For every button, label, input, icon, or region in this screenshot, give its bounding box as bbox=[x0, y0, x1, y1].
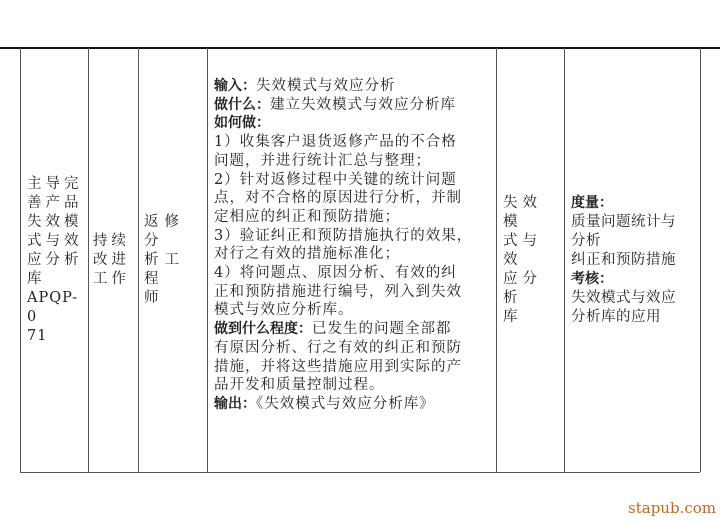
input-value: 失效模式与效应分析 bbox=[256, 78, 396, 94]
cell-metrics: 度量： 质量问题统计与 分析 纠正和预防措施 考核： 失效模式与效应 分析库的应… bbox=[565, 48, 701, 472]
step-line: 4）将问题点、原因分析、有效的纠 bbox=[214, 264, 472, 283]
step-line: 点，对不合格的原因进行分析，并制 bbox=[214, 189, 472, 208]
degree-line: 有原因分析、行之有效的纠正和预防 bbox=[214, 339, 472, 358]
step-line: 1）收集客户退货返修产品的不合格 bbox=[214, 133, 472, 152]
degree-line: 品开发和质量控制过程。 bbox=[214, 376, 472, 395]
cell-line: 善产品 bbox=[27, 194, 85, 213]
input-row: 输入：失效模式与效应分析 bbox=[214, 77, 472, 96]
cell-line: 主导完 bbox=[27, 175, 85, 194]
step-line: 定相应的纠正和预防措施； bbox=[214, 208, 472, 227]
responsibility-table: 主导完 善产品 失效模 式与效 应分析 库 APQP-0 71 持续 改进 工作… bbox=[20, 48, 700, 473]
output-label: 输出： bbox=[214, 396, 256, 412]
cell-description: 输入：失效模式与效应分析 做什么：建立失效模式与效应分析库 如何做： 1）收集客… bbox=[208, 48, 497, 472]
cell-role: 返修分 析工程 师 bbox=[139, 48, 208, 472]
cell-line: 工作 bbox=[93, 270, 130, 289]
what-value: 建立失效模式与效应分析库 bbox=[270, 97, 456, 113]
what-label: 做什么： bbox=[214, 97, 270, 113]
how-label: 如何做： bbox=[214, 115, 270, 131]
measure-line: 分析 bbox=[571, 232, 676, 251]
step-line: 对行之有效的措施标准化； bbox=[214, 245, 472, 264]
step-line: 2）针对返修过程中关键的统计问题 bbox=[214, 171, 472, 190]
cell-responsibility: 主导完 善产品 失效模 式与效 应分析 库 APQP-0 71 bbox=[21, 48, 89, 472]
cell-line: 应分析 bbox=[27, 251, 85, 270]
degree-value: 已发生的问题全部都 bbox=[312, 321, 452, 337]
cell-line: 式与效 bbox=[503, 232, 561, 270]
cell-line: 应分析 bbox=[503, 270, 561, 308]
degree-label: 做到什么程度： bbox=[214, 321, 312, 337]
measure-label: 度量： bbox=[571, 194, 676, 213]
cell-line: 71 bbox=[27, 327, 85, 346]
cell-line: 持续 bbox=[93, 232, 130, 251]
assess-label: 考核： bbox=[571, 270, 676, 289]
cell-work-type: 持续 改进 工作 bbox=[89, 48, 139, 472]
how-row: 如何做： bbox=[214, 114, 472, 133]
output-row: 输出：《失效模式与效应分析库》 bbox=[214, 395, 472, 414]
assess-line: 分析库的应用 bbox=[571, 308, 676, 327]
cell-line: 师 bbox=[144, 289, 204, 308]
degree-line: 措施，并将这些措施应用到实际的产 bbox=[214, 358, 472, 377]
input-label: 输入： bbox=[214, 78, 256, 94]
measure-line: 质量问题统计与 bbox=[571, 213, 676, 232]
step-line: 正和预防措施进行编号，列入到失效 bbox=[214, 283, 472, 302]
cell-line: 式与效 bbox=[27, 232, 85, 251]
degree-row: 做到什么程度：已发生的问题全部都 bbox=[214, 320, 472, 339]
cell-deliverable: 失效模 式与效 应分析 库 bbox=[497, 48, 565, 472]
step-line: 问题，并进行统计汇总与整理； bbox=[214, 152, 472, 171]
cell-line: 返修分 bbox=[144, 213, 204, 251]
cell-line: 析工程 bbox=[144, 251, 204, 289]
watermark: stapub.com bbox=[628, 499, 716, 517]
cell-line: 改进 bbox=[93, 251, 130, 270]
cell-line: 失效模 bbox=[503, 194, 561, 232]
what-row: 做什么：建立失效模式与效应分析库 bbox=[214, 96, 472, 115]
cell-line: APQP-0 bbox=[27, 289, 85, 327]
cell-line: 库 bbox=[503, 308, 561, 327]
step-line: 3）验证纠正和预防措施执行的效果， bbox=[214, 227, 472, 246]
cell-line: 库 bbox=[27, 270, 85, 289]
measure-line: 纠正和预防措施 bbox=[571, 251, 676, 270]
assess-line: 失效模式与效应 bbox=[571, 289, 676, 308]
cell-line: 失效模 bbox=[27, 213, 85, 232]
step-line: 模式与效应分析库。 bbox=[214, 301, 472, 320]
output-value: 《失效模式与效应分析库》 bbox=[256, 396, 435, 412]
